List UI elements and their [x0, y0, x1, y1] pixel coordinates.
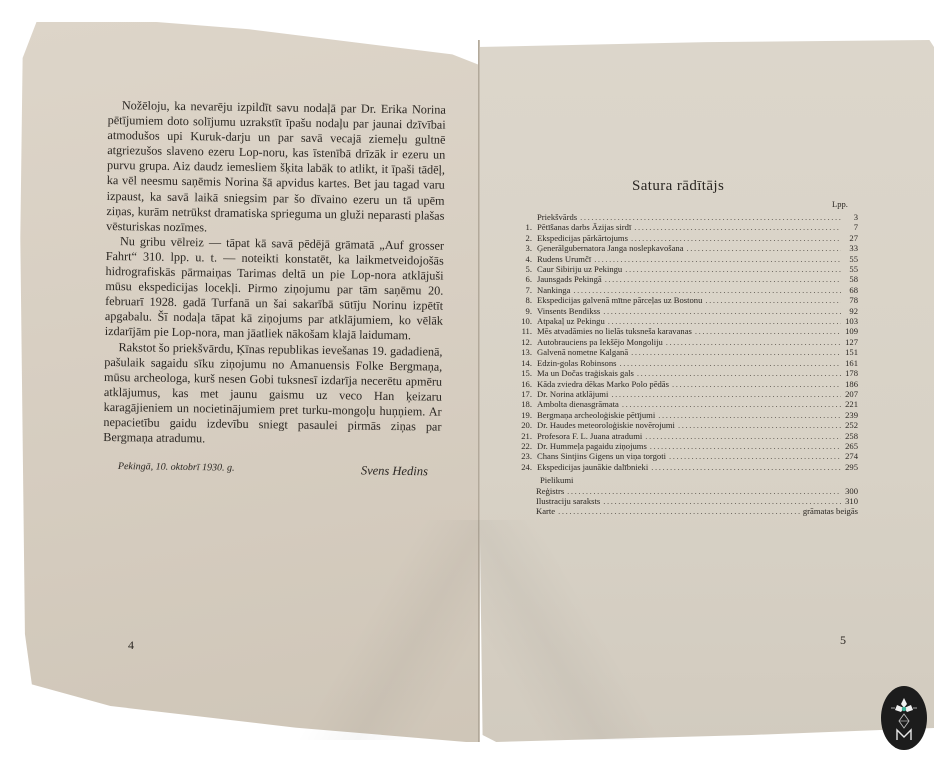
- toc-entry: 7.Nankinga68: [518, 285, 858, 295]
- toc-entry: 18.Ambolta dienasgrāmata221: [518, 399, 858, 409]
- toc-entry: 5.Caur Sibiriju uz Pekingu55: [518, 264, 858, 274]
- page-crease-shadow: [300, 520, 480, 740]
- toc-title: Satura rādītājs: [632, 178, 724, 195]
- toc-entry: 9.Vinsents Bendikss92: [518, 306, 858, 316]
- toc-entry: 22.Dr. Hummeļa pagaidu ziņojums265: [518, 441, 858, 451]
- toc-entry: 4.Rudens Urumčī55: [518, 254, 858, 264]
- toc-entry: 15.Ma un Dočas traģiskais gals178: [518, 368, 858, 378]
- toc-entry: 16.Kāda zviedra dēkas Marko Polo pēdās18…: [518, 379, 858, 389]
- logo-badge-icon: [881, 686, 927, 750]
- toc-entry: 8.Ekspedicijas galvenā mītne pārceļas uz…: [518, 295, 858, 305]
- foreword-paragraph: Nožēloju, ka nevarēju izpildīt savu noda…: [106, 98, 446, 239]
- toc-entry: 1.Pētīšanas darbs Āzijas sirdī7: [518, 222, 858, 232]
- foreword-text: Nožēloju, ka nevarēju izpildīt savu noda…: [103, 98, 446, 450]
- toc-entry: 14.Edzin-golas Robinsons161: [518, 358, 858, 368]
- toc-entry: 20.Dr. Haudes meteoroloģiskie novērojumi…: [518, 420, 858, 430]
- toc-entry: 3.Ģenerālgubernatora Janga noslepkavošan…: [518, 243, 858, 253]
- page-number-left: 4: [128, 638, 134, 653]
- toc-entry: 24.Ekspedicijas jaunākie dalībnieki295: [518, 462, 858, 472]
- foreword-paragraph: Nu gribu vēlreiz — tāpat kā savā pēdējā …: [105, 234, 444, 344]
- table-of-contents: Priekšvārds3 1.Pētīšanas darbs Āzijas si…: [518, 212, 858, 517]
- toc-entry: 10.Atpakaļ uz Pekingu103: [518, 316, 858, 326]
- page-crease-shadow: [480, 520, 660, 740]
- page-number-right: 5: [840, 633, 846, 648]
- foreword-paragraph: Rakstot šo priekšvārdu, Ķīnas republikas…: [103, 339, 442, 449]
- toc-page-column-label: Lpp.: [832, 199, 848, 209]
- author-signature: Svens Hedins: [361, 463, 428, 479]
- place-date: Pekingā, 10. oktobrī 1930. g.: [118, 461, 235, 474]
- appendix-entry: Ilustraciju saraksts310: [518, 496, 858, 506]
- appendix-entry: Kartegrāmatas beigās: [518, 506, 858, 516]
- toc-entry: 11.Mēs atvadāmies no lielās tuksneša kar…: [518, 326, 858, 336]
- toc-entry: 17.Dr. Norina atklājumi207: [518, 389, 858, 399]
- toc-entry: 13.Galvenā nometne Kalganā151: [518, 347, 858, 357]
- toc-entry: 6.Jaunsgads Pekingā58: [518, 274, 858, 284]
- toc-entry: 2.Ekspedicijas pārkārtojums27: [518, 233, 858, 243]
- appendix-heading: Pielikumi: [540, 475, 858, 485]
- toc-entry: 19.Bergmaņa archeoloģiskie pētījumi239: [518, 410, 858, 420]
- toc-entry: 23.Chans Sintjins Gigens un viņa torgoti…: [518, 451, 858, 461]
- toc-entry: Priekšvārds3: [518, 212, 858, 222]
- toc-entry: 12.Autobrauciens pa Iekšējo Mongoliju127: [518, 337, 858, 347]
- toc-entry: 21.Profesora F. L. Juana atradumi258: [518, 431, 858, 441]
- appendix-entry: Reģistrs300: [518, 486, 858, 496]
